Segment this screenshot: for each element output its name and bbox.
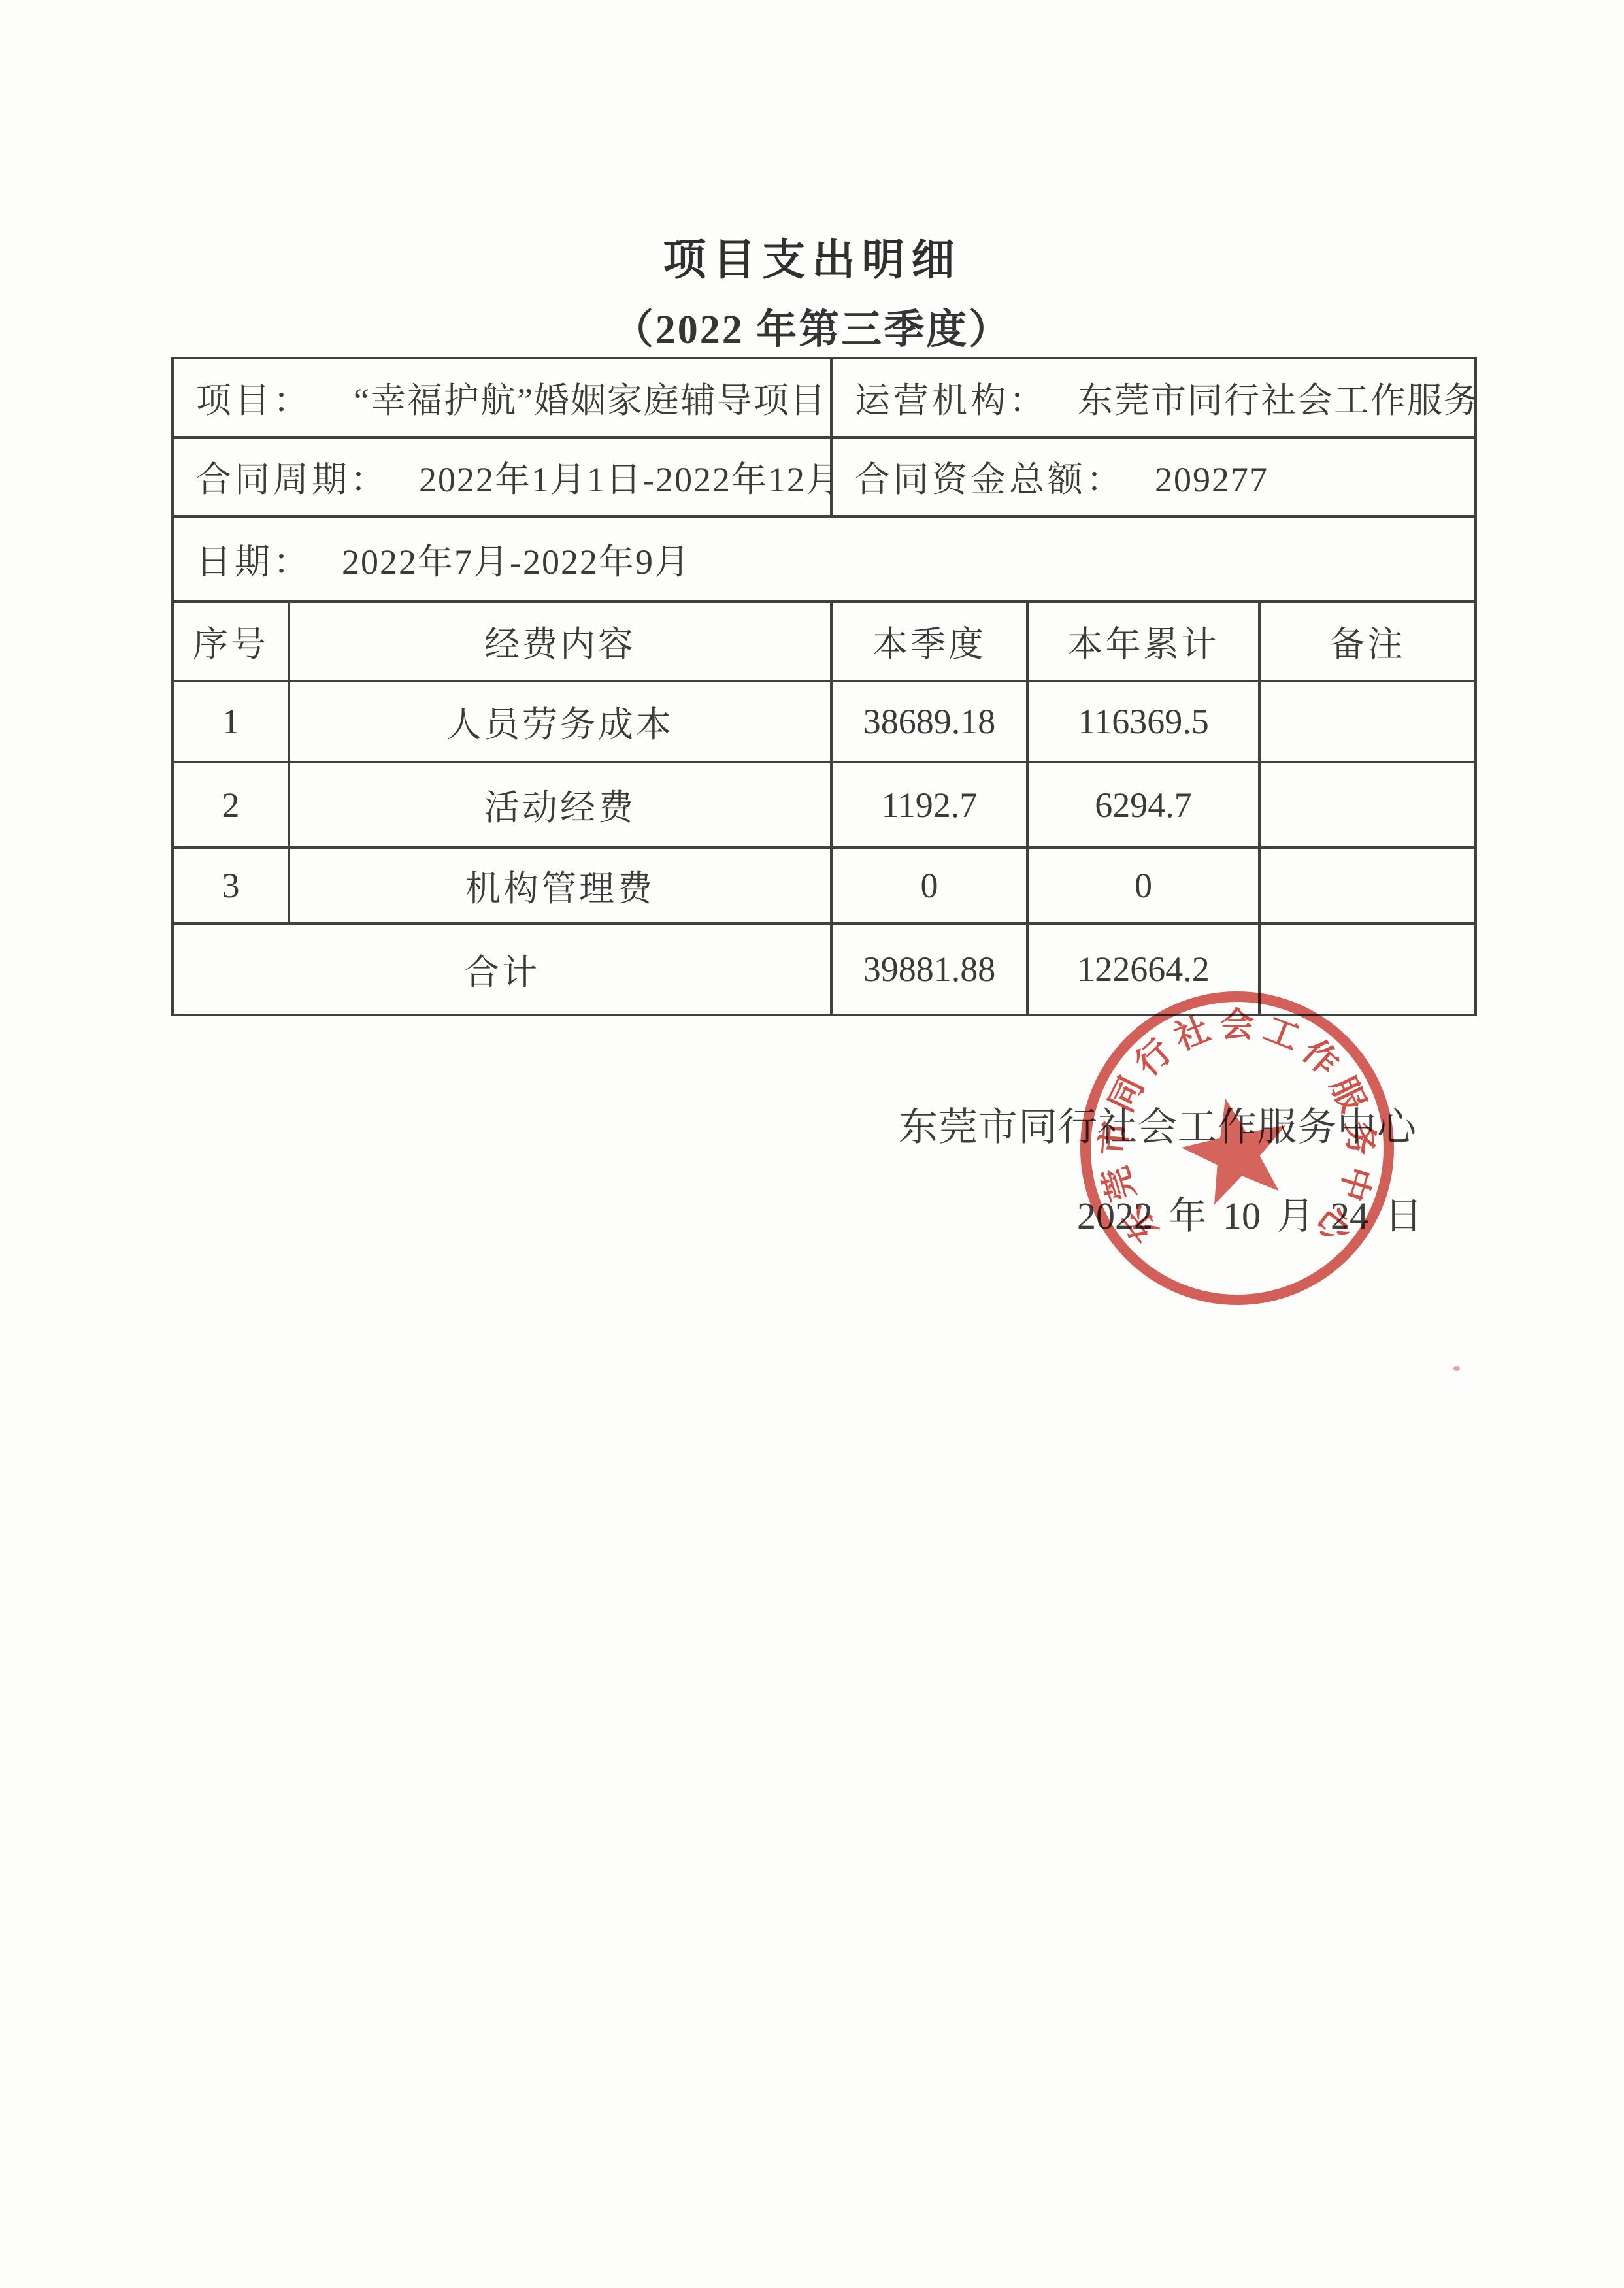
table-row: 3 机构管理费 0 0 bbox=[173, 848, 1476, 923]
signature-org: 东莞市同行社会工作服务中心 bbox=[899, 1108, 1417, 1147]
page-title: 项目支出明细 bbox=[0, 239, 1624, 282]
operator-label: 运营机构： bbox=[855, 381, 1048, 420]
total-note bbox=[1259, 923, 1476, 1015]
fund-value: 209277 bbox=[1155, 460, 1268, 499]
total-label-cell: 合计 bbox=[173, 923, 831, 1015]
row-quarter: 0 bbox=[831, 848, 1027, 923]
info-row-project: 项目：“幸福护航”婚姻家庭辅导项目 运营机构：东莞市同行社会工作服务中心 bbox=[173, 358, 1476, 437]
scan-speck bbox=[1453, 1366, 1460, 1371]
row-quarter: 1192.7 bbox=[831, 762, 1027, 848]
period-label: 合同周期： bbox=[196, 460, 389, 499]
row-item: 人员劳务成本 bbox=[289, 681, 831, 762]
header-quarter: 本季度 bbox=[831, 601, 1027, 681]
row-note bbox=[1259, 681, 1476, 762]
project-cell: 项目：“幸福护航”婚姻家庭辅导项目 bbox=[173, 358, 831, 437]
info-row-period: 合同周期：2022年1月1日-2022年12月31日 合同资金总额：209277 bbox=[173, 437, 1476, 516]
row-note bbox=[1259, 848, 1476, 923]
row-ytd: 6294.7 bbox=[1027, 762, 1259, 848]
total-quarter: 39881.88 bbox=[831, 923, 1027, 1015]
project-value: “幸福护航”婚姻家庭辅导项目 bbox=[354, 381, 827, 420]
fund-label: 合同资金总额： bbox=[855, 460, 1125, 499]
row-ytd: 116369.5 bbox=[1027, 681, 1259, 762]
info-row-date: 日期：2022年7月-2022年9月 bbox=[173, 516, 1476, 601]
header-ytd: 本年累计 bbox=[1027, 601, 1259, 681]
seal-character: 社 bbox=[1167, 1009, 1218, 1060]
page-subtitle: （2022 年第三季度） bbox=[0, 310, 1624, 350]
expense-table: 项目：“幸福护航”婚姻家庭辅导项目 运营机构：东莞市同行社会工作服务中心 合同周… bbox=[171, 357, 1477, 1016]
row-no: 3 bbox=[173, 848, 289, 923]
scanned-report-page: 项目支出明细 （2022 年第三季度） 项目：“幸福护航”婚姻家庭辅导项目 运营… bbox=[0, 0, 1624, 2288]
row-item: 活动经费 bbox=[289, 762, 831, 848]
seal-character: 作 bbox=[1292, 1031, 1348, 1086]
operator-value: 东莞市同行社会工作服务中心 bbox=[1078, 381, 1476, 420]
period-cell: 合同周期：2022年1月1日-2022年12月31日 bbox=[173, 437, 831, 516]
fund-cell: 合同资金总额：209277 bbox=[831, 437, 1476, 516]
date-value: 2022年7月-2022年9月 bbox=[342, 542, 691, 582]
row-item: 机构管理费 bbox=[289, 848, 831, 923]
total-ytd: 122664.2 bbox=[1027, 923, 1259, 1015]
total-row: 合计 39881.88 122664.2 bbox=[173, 923, 1476, 1015]
operator-cell: 运营机构：东莞市同行社会工作服务中心 bbox=[831, 358, 1476, 437]
project-label: 项目： bbox=[196, 381, 312, 420]
header-no: 序号 bbox=[173, 601, 289, 681]
date-cell: 日期：2022年7月-2022年9月 bbox=[173, 516, 1476, 601]
header-note: 备注 bbox=[1259, 601, 1476, 681]
table-row: 2 活动经费 1192.7 6294.7 bbox=[173, 762, 1476, 848]
date-label: 日期： bbox=[196, 542, 312, 582]
table-row: 1 人员劳务成本 38689.18 116369.5 bbox=[173, 681, 1476, 762]
row-ytd: 0 bbox=[1027, 848, 1259, 923]
seal-character: 工 bbox=[1256, 1009, 1307, 1060]
row-quarter: 38689.18 bbox=[831, 681, 1027, 762]
seal-character: 行 bbox=[1127, 1031, 1182, 1086]
header-row: 序号 经费内容 本季度 本年累计 备注 bbox=[173, 601, 1476, 681]
header-item: 经费内容 bbox=[289, 601, 831, 681]
signature-date: 2022 年 10 月 24 日 bbox=[1077, 1197, 1423, 1235]
row-note bbox=[1259, 762, 1476, 848]
period-value: 2022年1月1日-2022年12月31日 bbox=[419, 460, 831, 499]
row-no: 1 bbox=[173, 681, 289, 762]
row-no: 2 bbox=[173, 762, 289, 848]
